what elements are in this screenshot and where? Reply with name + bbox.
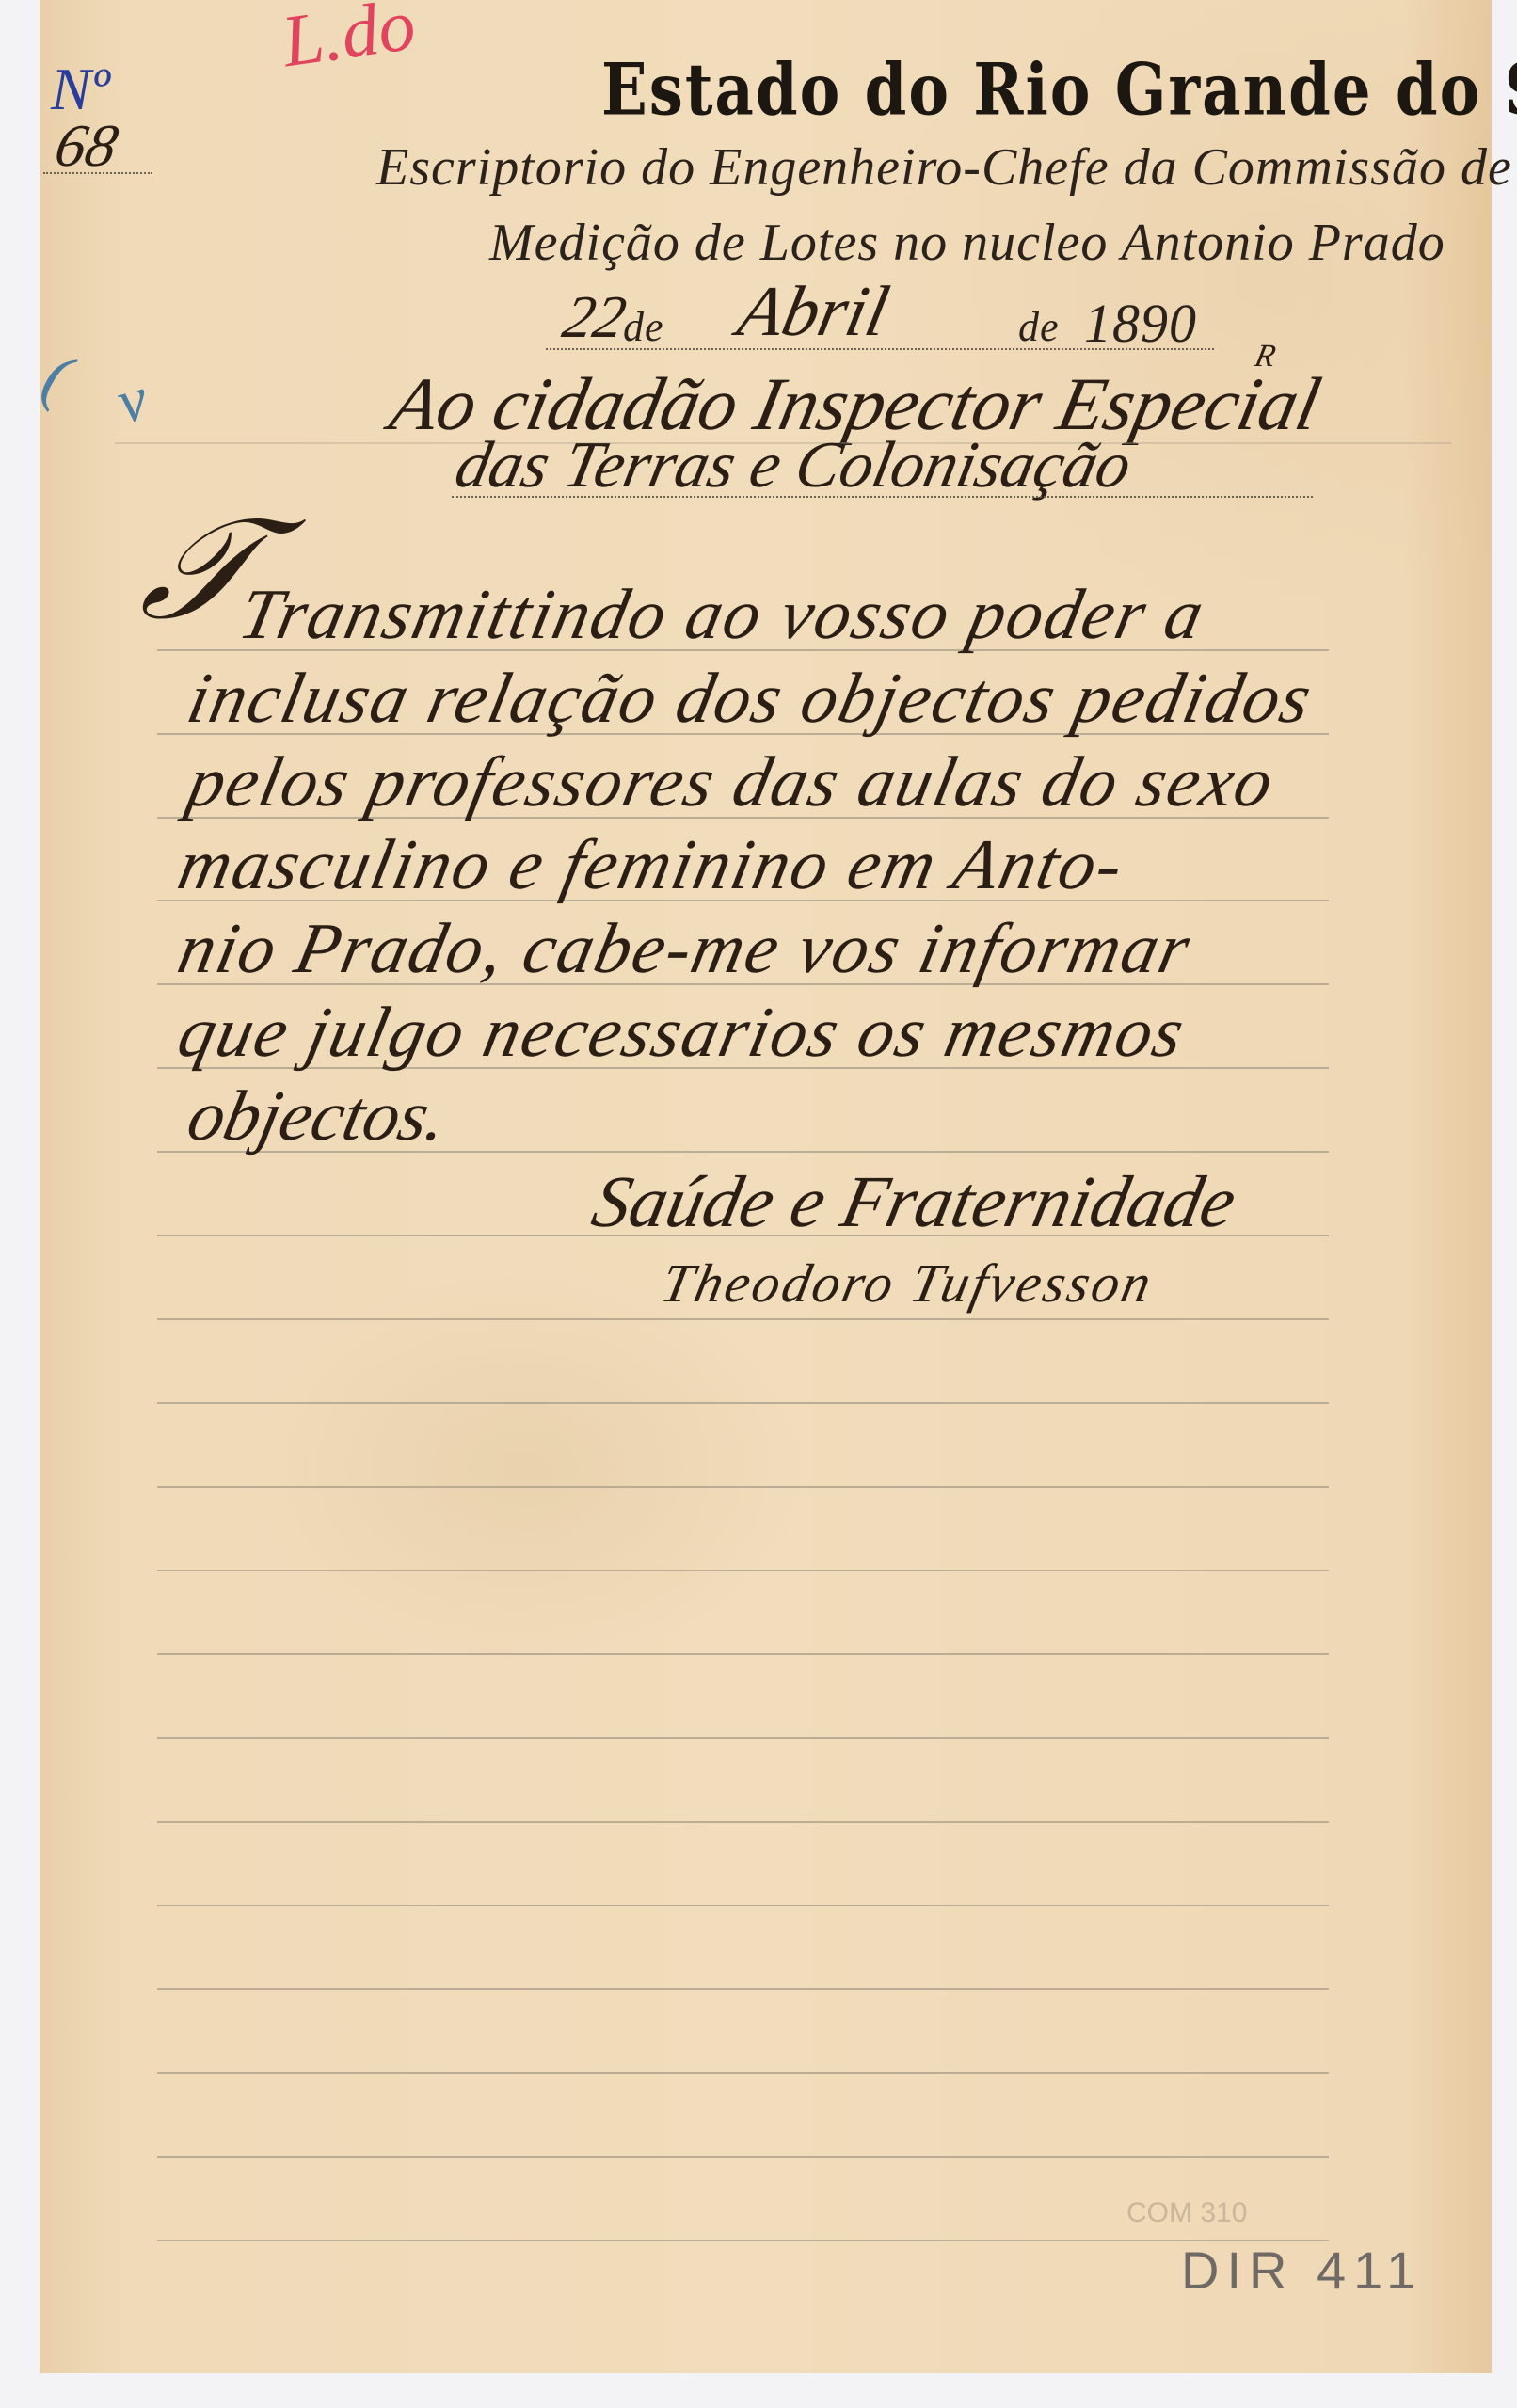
signature: Theodoro Tufvesson [656, 1252, 1159, 1315]
addressee-dotted-line [452, 496, 1313, 498]
body-line-4: masculino e feminino em Anto- [171, 824, 1132, 906]
date-month: Abril [731, 271, 896, 353]
blue-check-mark: v [110, 363, 155, 439]
ruled-line [157, 1570, 1329, 1571]
ruled-line [157, 2156, 1329, 2158]
ruled-line [157, 1486, 1329, 1488]
ruled-line [157, 1402, 1329, 1404]
red-pencil-mark: L.do [277, 0, 420, 84]
ruled-line [157, 1318, 1329, 1320]
ruled-line [157, 2240, 1329, 2241]
ruled-line [157, 1653, 1329, 1655]
document-page: L.do Nº 68 ( v Estado do Rio Grande do S… [40, 0, 1492, 2373]
body-line-5: nio Prado, cabe-me vos informar [171, 908, 1199, 990]
body-line-1: Transmittindo ao vosso poder a [232, 574, 1212, 656]
number-dotted-line [43, 172, 152, 174]
addressee-line-2: das Terras e Colonisação [449, 428, 1138, 503]
body-line-3: pelos professores das aulas do sexo [181, 742, 1282, 823]
date-de-1: de [623, 303, 664, 351]
letterhead-line-1: Escriptorio do Engenheiro-Chefe da Commi… [376, 137, 1512, 198]
body-line-2: inclusa relação dos objectos pedidos [181, 658, 1320, 740]
letterhead-line-2: Medição de Lotes no nucleo Antonio Prado [489, 213, 1445, 273]
date-de-2: de [1018, 303, 1060, 351]
letterhead-title: Estado do Rio Grande do Sul [601, 49, 1517, 133]
ruled-line [157, 1988, 1329, 1990]
date-year: 1890 [1084, 292, 1197, 355]
date-day: 22 [557, 282, 632, 352]
body-line-7: objectos. [181, 1076, 455, 1157]
body-line-6: que julgo necessarios os mesmos [171, 992, 1192, 1074]
archive-reference: DIR 411 [1181, 2240, 1423, 2301]
ruled-line [157, 1821, 1329, 1823]
blue-pencil-mark: ( [33, 339, 79, 417]
erased-pencil-note: COM 310 [1126, 2197, 1247, 2229]
ruled-line [157, 2072, 1329, 2074]
ruled-line [157, 1737, 1329, 1739]
closing-salutation: Saúde e Fraternidade [585, 1159, 1243, 1244]
ruled-line [157, 1905, 1329, 1906]
